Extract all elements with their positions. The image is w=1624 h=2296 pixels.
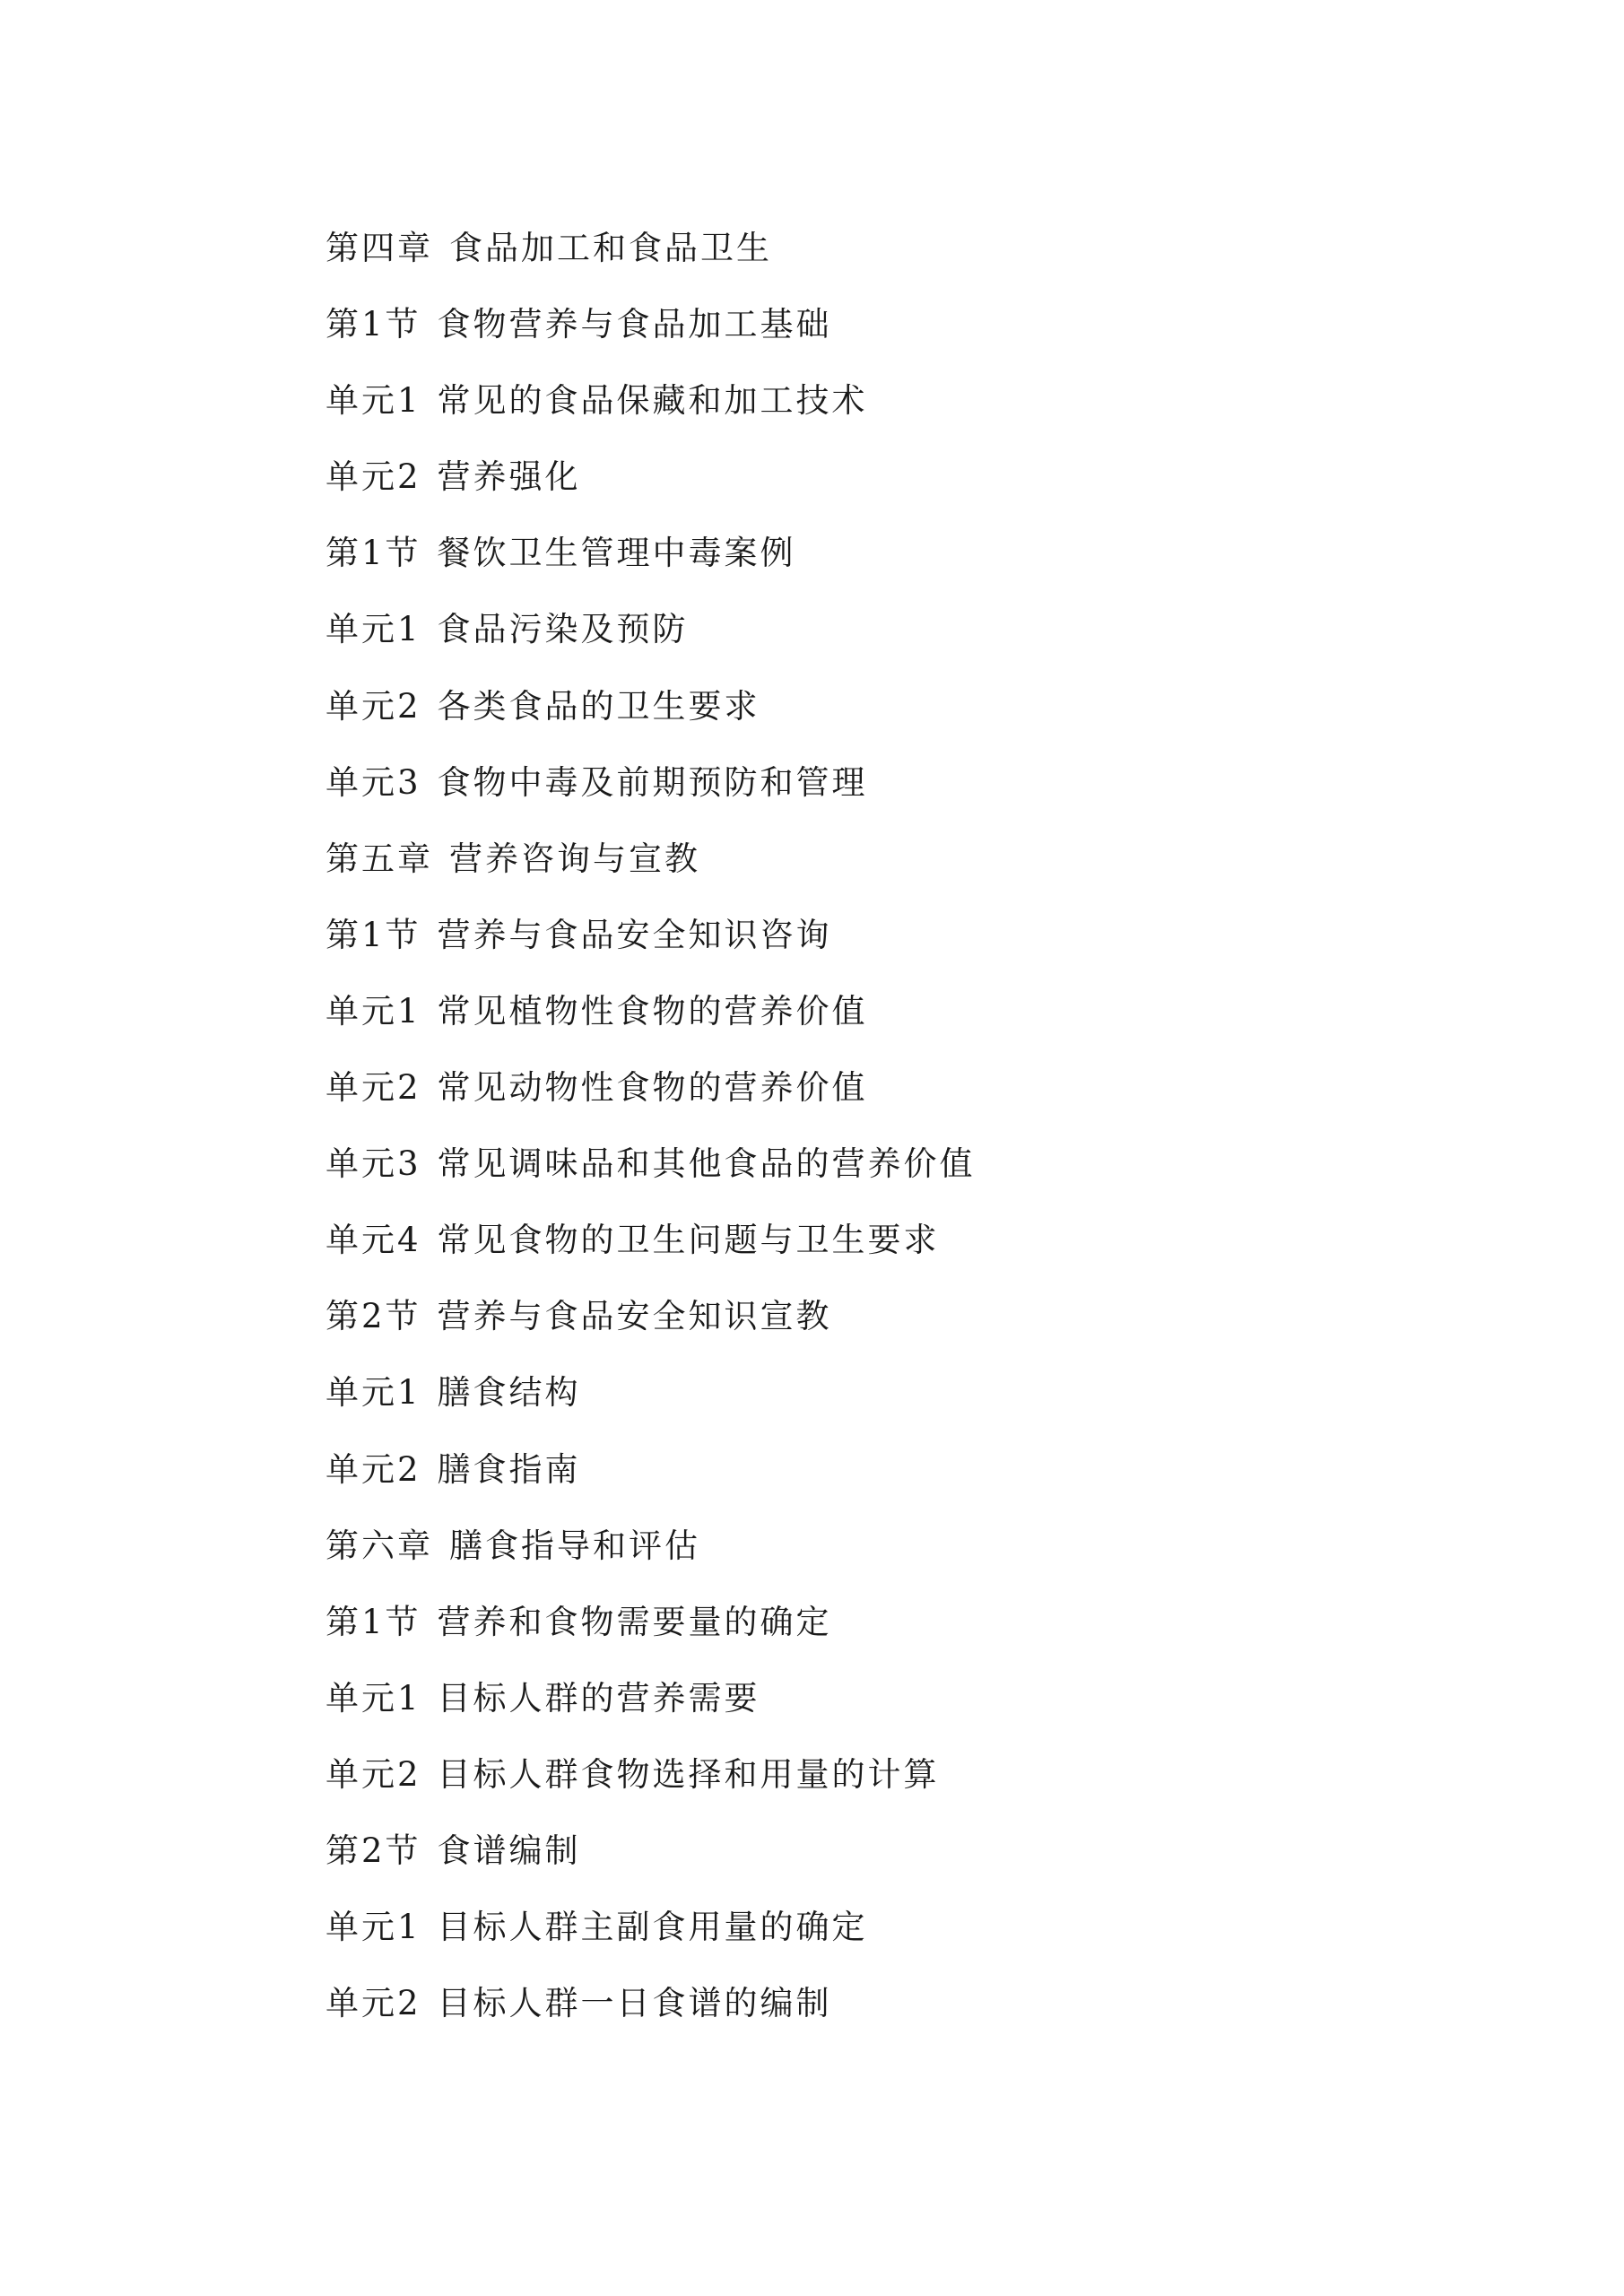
- entry-title: 常见的食品保藏和加工技术: [438, 381, 868, 420]
- entry-title: 常见植物性食物的营养价值: [438, 992, 868, 1031]
- toc-unit: 单元2营养强化: [326, 439, 976, 515]
- entry-title: 营养与食品安全知识咨询: [438, 916, 832, 954]
- entry-title: 营养和食物需要量的确定: [438, 1603, 832, 1641]
- toc-section: 第1节营养与食品安全知识咨询: [326, 897, 976, 973]
- toc-unit: 单元2目标人群食物选择和用量的计算: [326, 1736, 976, 1813]
- entry-title: 营养与食品安全知识宣教: [438, 1297, 832, 1335]
- toc-unit: 单元2各类食品的卫生要求: [326, 668, 976, 744]
- entry-title: 目标人群的营养需要: [438, 1679, 760, 1718]
- entry-label: 第1节: [326, 1584, 421, 1660]
- toc-unit: 单元1目标人群的营养需要: [326, 1660, 976, 1736]
- toc-unit: 单元1目标人群主副食用量的确定: [326, 1889, 976, 1965]
- entry-label: 单元2: [326, 668, 421, 744]
- entry-label: 第1节: [326, 286, 421, 362]
- entry-label: 单元1: [326, 973, 421, 1049]
- entry-title: 各类食品的卫生要求: [438, 687, 760, 726]
- entry-title: 膳食指导和评估: [449, 1526, 700, 1565]
- entry-title: 常见调味品和其他食品的营养价值: [438, 1144, 976, 1183]
- toc-unit: 单元1常见植物性食物的营养价值: [326, 973, 976, 1049]
- toc-section: 第2节食谱编制: [326, 1813, 976, 1889]
- entry-title: 膳食指南: [438, 1450, 581, 1489]
- toc-unit: 单元2常见动物性食物的营养价值: [326, 1049, 976, 1126]
- entry-label: 单元2: [326, 439, 421, 515]
- entry-label: 单元2: [326, 1965, 421, 2041]
- entry-title: 食物营养与食品加工基础: [438, 305, 832, 344]
- entry-title: 目标人群一日食谱的编制: [438, 1984, 832, 2022]
- toc-chapter-4: 第四章食品加工和食品卫生: [326, 210, 976, 286]
- toc-unit: 单元4常见食物的卫生问题与卫生要求: [326, 1202, 976, 1278]
- entry-title: 目标人群主副食用量的确定: [438, 1908, 868, 1946]
- entry-label: 单元2: [326, 1736, 421, 1813]
- toc-section: 第1节餐饮卫生管理中毒案例: [326, 515, 976, 591]
- toc-unit: 单元1膳食结构: [326, 1354, 976, 1431]
- entry-label: 第四章: [326, 210, 433, 286]
- entry-title: 目标人群食物选择和用量的计算: [438, 1755, 940, 1794]
- toc-section: 第1节营养和食物需要量的确定: [326, 1584, 976, 1660]
- entry-title: 膳食结构: [438, 1373, 581, 1412]
- document-page: 第四章食品加工和食品卫生 第1节食物营养与食品加工基础 单元1常见的食品保藏和加…: [0, 0, 1624, 2296]
- entry-title: 餐饮卫生管理中毒案例: [438, 534, 796, 572]
- entry-label: 第2节: [326, 1278, 421, 1354]
- entry-label: 单元1: [326, 1889, 421, 1965]
- entry-label: 第1节: [326, 515, 421, 591]
- entry-label: 单元1: [326, 591, 421, 667]
- entry-label: 单元1: [326, 362, 421, 439]
- toc-chapter-5: 第五章营养咨询与宣教: [326, 821, 976, 897]
- toc-unit: 单元3食物中毒及前期预防和管理: [326, 744, 976, 821]
- entry-title: 食谱编制: [438, 1831, 581, 1870]
- toc-unit: 单元2目标人群一日食谱的编制: [326, 1965, 976, 2041]
- entry-label: 第六章: [326, 1508, 433, 1584]
- toc-section: 第2节营养与食品安全知识宣教: [326, 1278, 976, 1354]
- entry-title: 营养咨询与宣教: [449, 839, 700, 878]
- entry-title: 营养强化: [438, 457, 581, 496]
- entry-label: 单元2: [326, 1431, 421, 1508]
- toc-chapter-6: 第六章膳食指导和评估: [326, 1508, 976, 1584]
- entry-title: 食物中毒及前期预防和管理: [438, 763, 868, 802]
- entry-label: 单元3: [326, 1126, 421, 1202]
- entry-title: 食品加工和食品卫生: [449, 229, 772, 267]
- entry-title: 食品污染及预防: [438, 610, 689, 648]
- table-of-contents: 第四章食品加工和食品卫生 第1节食物营养与食品加工基础 单元1常见的食品保藏和加…: [326, 210, 976, 2041]
- toc-unit: 单元1食品污染及预防: [326, 591, 976, 667]
- entry-label: 单元1: [326, 1354, 421, 1431]
- entry-title: 常见食物的卫生问题与卫生要求: [438, 1221, 940, 1259]
- entry-label: 单元1: [326, 1660, 421, 1736]
- toc-unit: 单元1常见的食品保藏和加工技术: [326, 362, 976, 439]
- toc-section: 第1节食物营养与食品加工基础: [326, 286, 976, 362]
- entry-label: 第五章: [326, 821, 433, 897]
- toc-unit: 单元3常见调味品和其他食品的营养价值: [326, 1126, 976, 1202]
- entry-label: 第2节: [326, 1813, 421, 1889]
- entry-title: 常见动物性食物的营养价值: [438, 1068, 868, 1107]
- entry-label: 单元3: [326, 744, 421, 821]
- toc-unit: 单元2膳食指南: [326, 1431, 976, 1508]
- entry-label: 第1节: [326, 897, 421, 973]
- entry-label: 单元4: [326, 1202, 421, 1278]
- entry-label: 单元2: [326, 1049, 421, 1126]
